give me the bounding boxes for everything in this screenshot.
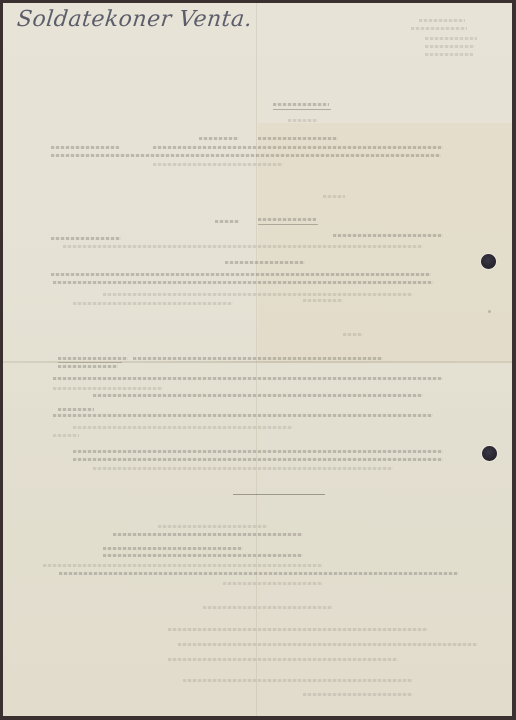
punch-hole-bottom: [482, 446, 497, 461]
heading-line: [273, 103, 329, 106]
paper-speck: [488, 310, 491, 313]
letterhead-block: [401, 15, 491, 67]
scan-frame: Soldatekoner Venta.: [0, 0, 516, 720]
handwritten-annotation: Soldatekoner Venta.: [16, 7, 254, 32]
document-page: Soldatekoner Venta.: [3, 3, 512, 716]
separator-rule: [233, 494, 325, 495]
punch-hole-top: [481, 254, 496, 269]
section-label: [343, 333, 363, 336]
